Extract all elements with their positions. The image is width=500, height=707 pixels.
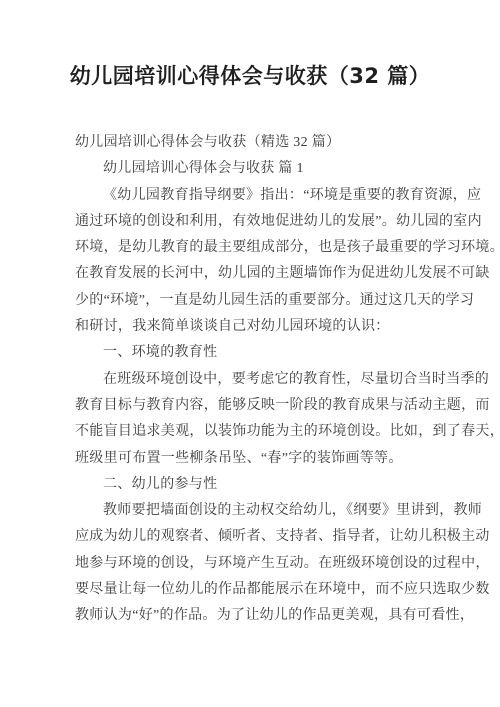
text-line: 不能盲目追求美观，以装饰功能为主的环境创设。比如，到了春天，	[75, 419, 434, 445]
document-title: 幼儿园培训心得体会与收获（32 篇）	[66, 62, 434, 90]
text-line: 地参与环境的创设，与环境产生互动。在班级环境创设的过程中，	[75, 551, 434, 577]
text-line: 在教育发展的长河中，幼儿园的主题墙饰作为促进幼儿发展不可缺	[75, 261, 434, 287]
text-line: 教育目标与教育内容，能够反映一阶段的教育成果与活动主题，而	[75, 393, 434, 419]
text-line: 教师认为“好”的作品。为了让幼儿的作品更美观，具有可看性，	[75, 603, 434, 629]
text-line: 幼儿园培训心得体会与收获 篇 1	[75, 156, 434, 182]
text-line: 幼儿园培训心得体会与收获（精选 32 篇）	[75, 130, 434, 156]
text-line: 教师要把墙面创设的主动权交给幼儿，《纲要》里讲到，教师	[75, 498, 434, 524]
document-page: 幼儿园培训心得体会与收获（32 篇） 幼儿园培训心得体会与收获（精选 32 篇）…	[0, 0, 500, 707]
text-line: 和研讨，我来简单谈谈自己对幼儿园环境的认识：	[75, 314, 434, 340]
text-line: 一、环境的教育性	[75, 340, 434, 366]
text-line: 《幼儿园教育指导纲要》指出：“环境是重要的教育资源，应	[75, 183, 434, 209]
text-line: 环境，是幼儿教育的最主要组成部分，也是孩子最重要的学习环境。	[75, 235, 434, 261]
text-line: 应成为幼儿的观察者、倾听者、支持者、指导者，让幼儿积极主动	[75, 524, 434, 550]
text-line: 二、幼儿的参与性	[75, 472, 434, 498]
text-line: 少的“环境”，一直是幼儿园生活的重要部分。通过这几天的学习	[75, 288, 434, 314]
text-line: 在班级环境创设中，要考虑它的教育性，尽量切合当时当季的	[75, 367, 434, 393]
text-line: 通过环境的创设和利用，有效地促进幼儿的发展”。幼儿园的室内	[75, 209, 434, 235]
text-line: 要尽量让每一位幼儿的作品都能展示在环境中，而不应只选取少数	[75, 577, 434, 603]
text-line: 班级里可布置一些柳条吊坠、“春”字的装饰画等等。	[75, 446, 434, 472]
document-body: 幼儿园培训心得体会与收获（精选 32 篇）幼儿园培训心得体会与收获 篇 1《幼儿…	[75, 130, 434, 630]
